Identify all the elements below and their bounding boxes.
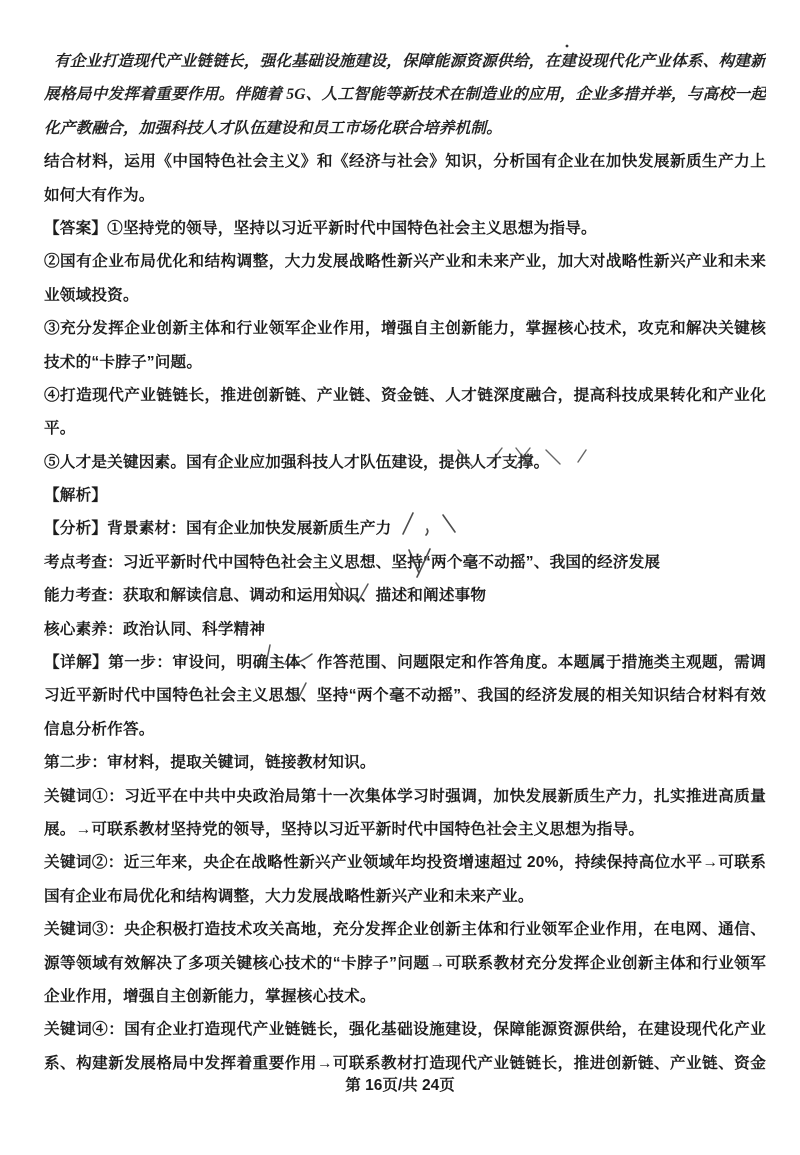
- text-line: 【解析】: [44, 479, 766, 512]
- text-line: 展。→可联系教材坚持党的领导，坚持以习近平新时代中国特色社会主义思想为指导。: [44, 813, 766, 846]
- text-line: 能力考查：获取和解读信息、调动和运用知识、描述和阐述事物: [44, 579, 766, 612]
- text-line: 【答案】①坚持党的领导，坚持以习近平新时代中国特色社会主义思想为指导。: [44, 212, 766, 245]
- text-line: 关键词①：习近平在中共中央政治局第十一次集体学习时强调，加快发展新质生产力，扎实…: [44, 780, 766, 813]
- text-line: ③充分发挥企业创新主体和行业领军企业作用，增强自主创新能力，掌握核心技术，攻克和…: [44, 312, 766, 345]
- text-line: 业领域投资。: [44, 279, 766, 312]
- text-line: 关键词③：央企积极打造技术攻关高地，充分发挥企业创新主体和行业领军企业作用，在电…: [44, 913, 766, 946]
- text-line: 信息分析作答。: [44, 713, 766, 746]
- text-line: ④打造现代产业链链长，推进创新链、产业链、资金链、人才链深度融合，提高科技成果转…: [44, 379, 766, 412]
- text-line: 企业作用，增强自主创新能力，掌握核心技术。: [44, 980, 766, 1013]
- text-line: 技术的“卡脖子”问题。: [44, 346, 766, 379]
- text-line: 第二步：审材料，提取关键词，链接教材知识。: [44, 746, 766, 779]
- text-line: 【详解】第一步：审设问，明确主体、作答范围、问题限定和作答角度。本题属于措施类主…: [44, 646, 766, 679]
- text-line: 展格局中发挥着重要作用。伴随着 5G、人工智能等新技术在制造业的应用，企业多措并…: [44, 78, 766, 111]
- document-body: 有企业打造现代产业链链长，强化基础设施建设，保障能源资源供给，在建设现代化产业体…: [44, 45, 766, 1080]
- text-line: 【分析】背景素材：国有企业加快发展新质生产力: [44, 512, 766, 545]
- text-line: 关键词④：国有企业打造现代产业链链长，强化基础设施建设，保障能源资源供给，在建设…: [44, 1013, 766, 1046]
- text-line: ②国有企业布局优化和结构调整，大力发展战略性新兴产业和未来产业，加大对战略性新兴…: [44, 245, 766, 278]
- document-page: 有企业打造现代产业链链长，强化基础设施建设，保障能源资源供给，在建设现代化产业体…: [0, 0, 800, 1155]
- text-line: 核心素养：政治认同、科学精神: [44, 613, 766, 646]
- text-line: 如何大有作为。: [44, 179, 766, 212]
- text-line: 考点考查：习近平新时代中国特色社会主义思想、坚持“两个毫不动摇”、我国的经济发展: [44, 546, 766, 579]
- text-line: 习近平新时代中国特色社会主义思想、坚持“两个毫不动摇”、我国的经济发展的相关知识…: [44, 679, 766, 712]
- text-line: 结合材料，运用《中国特色社会主义》和《经济与社会》知识，分析国有企业在加快发展新…: [44, 145, 766, 178]
- text-line: 源等领域有效解决了多项关键核心技术的“卡脖子”问题→可联系教材充分发挥企业创新主…: [44, 947, 766, 980]
- text-line: ⑤人才是关键因素。国有企业应加强科技人才队伍建设，提供人才支撑。: [44, 446, 766, 479]
- text-line: 化产教融合，加强科技人才队伍建设和员工市场化联合培养机制。: [44, 112, 766, 145]
- page-footer: 第 16页/共 24页: [0, 1073, 800, 1095]
- text-line: 平。: [44, 412, 766, 445]
- text-line: 关键词②：近三年来，央企在战略性新兴产业领域年均投资增速超过 20%，持续保持高…: [44, 846, 766, 879]
- text-line: 国有企业布局优化和结构调整，大力发展战略性新兴产业和未来产业。: [44, 880, 766, 913]
- text-line: 有企业打造现代产业链链长，强化基础设施建设，保障能源资源供给，在建设现代化产业体…: [44, 45, 766, 78]
